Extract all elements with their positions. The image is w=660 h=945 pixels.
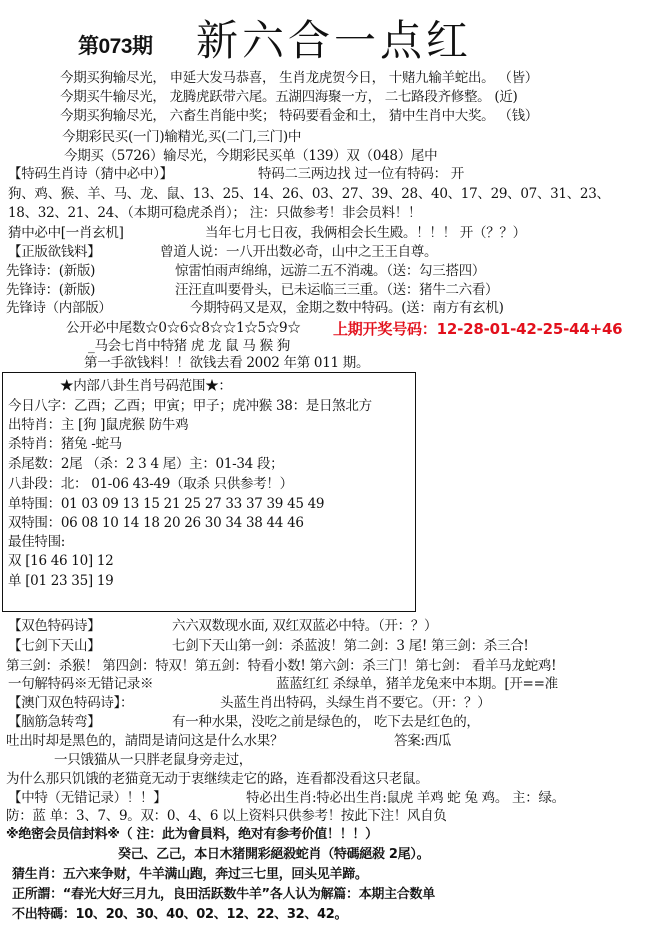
pioneer-label: 先锋诗：(新版): [6, 282, 95, 299]
intro-line: 今期彩民买(一门)输精光,买(二门,三门)中: [62, 129, 301, 146]
section-text: 为什么那只饥饿的老猫竟无动于衷继续走它的路，连看都没看这只老鼠。: [6, 771, 428, 788]
pioneer-text: 汪汪直叫要骨头，已未运临三三重。（送：猪牛二六看）: [175, 282, 498, 299]
section-text: 七剑下天山第一剑：杀蓝波！第二剑：3 尾! 第三剑：杀三合!: [172, 638, 529, 655]
section-text: 特必出生肖:特必出生肖:鼠虎 羊鸡 蛇 兔 鸡。 主：绿。: [246, 790, 565, 807]
bagua-row: 出特肖：主 [狗 ]鼠虎猴 防牛鸡: [8, 417, 188, 434]
page-title: 新六合一点红: [196, 16, 472, 66]
section-label: 【七剑下天山】: [8, 638, 100, 655]
section-text: 防：蓝 单：3、7、9。双：0、4、6 以上资料只供参考！按此下注！风自负: [6, 808, 447, 825]
zhengban-text: 曾道人说：一八开出数必奇，山中之王王自尊。: [160, 244, 437, 261]
section-text: 有一种水果，没吃之前是绿色的， 吃下去是红色的，: [172, 714, 480, 731]
vip-title: ※绝密会员信封料※（ 注：此为會員料，绝对有参考价值！！！）: [6, 826, 378, 843]
section-text: 蓝蓝红红 杀绿单，猪羊龙兔来中本期。[开==准: [276, 676, 558, 693]
bagua-row: 杀特肖：猪兔 -蛇马: [8, 436, 122, 453]
bagua-row-label: 今日八字：: [8, 398, 74, 414]
intro-line: 今期买（5726）输尽光，今期彩民买单（139）双（048）尾中: [64, 148, 437, 165]
section-text: 一只饿猫从一只胖老鼠身旁走过，: [54, 752, 252, 769]
bagua-row-label: 出特肖：: [8, 417, 61, 433]
vip-line: 不出特碼：10、20、30、40、02、12、22、32、42。: [12, 906, 347, 923]
poem-line: 18、32、21、24、（本期可稳虎杀肖）； 注：只做参考！非会员料！！: [8, 205, 421, 222]
vip-line: 正所謂：“春光大好三月九，良田活跃数牛羊”各人认为解篇：本期主合数单: [12, 886, 435, 903]
bagua-row-value: 2尾 （杀：2 3 4 尾）主：01-34 段；: [61, 456, 284, 472]
section-text: 第三剑：杀猴！ 第四剑：特双！第五剑：特看小数! 第六剑：杀三门！第七剑： 看羊…: [6, 658, 556, 675]
intro-line: 今期买牛输尽光， 龙腾虎跃带六尾。五湖四海聚一方， 二七路段齐修整。 (近): [60, 89, 518, 106]
section-label: 【脑筋急转弯】: [8, 714, 100, 731]
section-label: 【澳门双色特码诗】：: [8, 695, 133, 712]
pioneer-label: 先锋诗：(新版): [6, 263, 95, 280]
bagua-row-value: 01 03 09 13 15 21 25 27 33 37 39 45 49: [61, 496, 324, 512]
bagua-row-value: 北： 01-06 43-49（取杀 只供参考！）: [61, 476, 293, 492]
section-text: 吐出时却是黑色的，請問是请问这是什么水果？: [6, 733, 283, 750]
section-label: 【双色特码诗】: [8, 618, 100, 635]
bagua-row: 双特围：06 08 10 14 18 20 26 30 34 38 44 46: [8, 515, 304, 532]
bagua-row: 杀尾数：2尾 （杀：2 3 4 尾）主：01-34 段；: [8, 456, 283, 473]
vip-line: 猜生肖：五六来争财，牛羊满山跑，奔过三七里，回头见羊蹄。: [12, 866, 368, 883]
poem-line: 狗、鸡、猴、羊、马、龙、鼠、13、25、14、26、03、27、39、28、40…: [8, 186, 610, 203]
section-label: 一句解特码※无错记录※: [8, 676, 153, 693]
bagua-row-label: 杀尾数：: [8, 456, 61, 472]
last-draw-numbers: 12-28-01-42-25-44+46: [437, 320, 623, 338]
intro-line: 今期买狗输尽光， 申延大发马恭喜， 生肖龙虎贺今日， 十赌九输羊蛇出。 （皆）: [60, 70, 538, 87]
bagua-row-value: 主 [狗 ]鼠虎猴 防牛鸡: [61, 417, 189, 433]
bagua-row-label: 单: [8, 573, 25, 589]
poem-title: 【特码生肖诗（猜中必中）】: [8, 166, 173, 183]
bagua-row: 最佳特围:: [8, 534, 65, 551]
bagua-row-value: [16 46 10] 12: [25, 553, 113, 569]
section-text: 六六双数现水面, 双红双蓝必中特。（开：？）: [172, 618, 437, 635]
bagua-title: ★内部八卦生肖号码范围★：: [60, 378, 232, 395]
bagua-row-value: 乙酉；乙酉；甲寅；甲子；虎冲猴 38：是日煞北方: [74, 398, 372, 414]
bagua-row-label: 双: [8, 553, 25, 569]
bagua-row-label: 单特围：: [8, 496, 61, 512]
vip-line: 癸己、乙己，本日木猪開彩絕殺蛇肖（特碼絕殺 2尾）。: [118, 846, 429, 863]
bagua-row-value: 猪兔 -蛇马: [61, 436, 122, 452]
issue-number: 第073期: [78, 30, 153, 60]
bagua-row-label: 双特围：: [8, 515, 61, 531]
bagua-row: 双 [16 46 10] 12: [8, 553, 113, 570]
guess-text: 当年七月七日夜，我俩相会长生殿。！！！ 开（？？）: [205, 225, 526, 242]
bagua-row-label: 八卦段：: [8, 476, 61, 492]
guess-label: 猜中必中[一肖玄机]: [8, 225, 124, 242]
bagua-row: 今日八字：乙酉；乙酉；甲寅；甲子；虎冲猴 38：是日煞北方: [8, 398, 372, 415]
pioneer-text: 惊雷怕雨声绵绵，远游二五不消魂。（送：勾三搭四）: [175, 263, 485, 280]
bagua-row: 单 [01 23 35] 19: [8, 573, 113, 590]
bagua-row: 单特围：01 03 09 13 15 21 25 27 33 37 39 45 …: [8, 496, 324, 513]
riddle-answer: 答案:西瓜: [394, 733, 451, 750]
bagua-row-value: 06 08 10 14 18 20 26 30 34 38 44 46: [61, 515, 304, 531]
intro-line: 今期买狗输尽光， 六畜生肖能中奖； 特码要看金和土， 猜中生肖中大奖。 （钱）: [60, 108, 538, 125]
tail-numbers: 公开必中尾数☆0☆6☆8☆☆1☆5☆9☆: [66, 320, 301, 337]
poem-hint: 特码二三两边找 过一位有特码： 开: [258, 166, 464, 183]
section-text: 头蓝生肖出特码，头绿生肖不要它。（开：？）: [220, 695, 490, 712]
macau-seven: _马会七肖中特猪 虎 龙 鼠 马 猴 狗: [88, 338, 290, 355]
pioneer-text: 今期特码又是双，金期之数中特码。(送：南方有玄机): [190, 300, 504, 317]
first-hand: 第一手欲钱料！！欲钱去看 2002 年第 011 期。: [84, 355, 369, 372]
bagua-row: 八卦段：北： 01-06 43-49（取杀 只供参考！）: [8, 476, 293, 493]
section-label: 【中特（无错记录）！！】: [8, 790, 166, 807]
bagua-row-value: [01 23 35] 19: [25, 573, 113, 589]
bagua-row-label: 最佳特围:: [8, 534, 65, 550]
bagua-row-label: 杀特肖：: [8, 436, 61, 452]
pioneer-label: 先锋诗（内部版）: [6, 300, 112, 317]
last-draw-label: 上期开奖号码：: [333, 320, 437, 338]
zhengban-label: 【正版欲钱料】: [8, 244, 100, 261]
last-draw: 上期开奖号码：12-28-01-42-25-44+46: [333, 318, 622, 339]
